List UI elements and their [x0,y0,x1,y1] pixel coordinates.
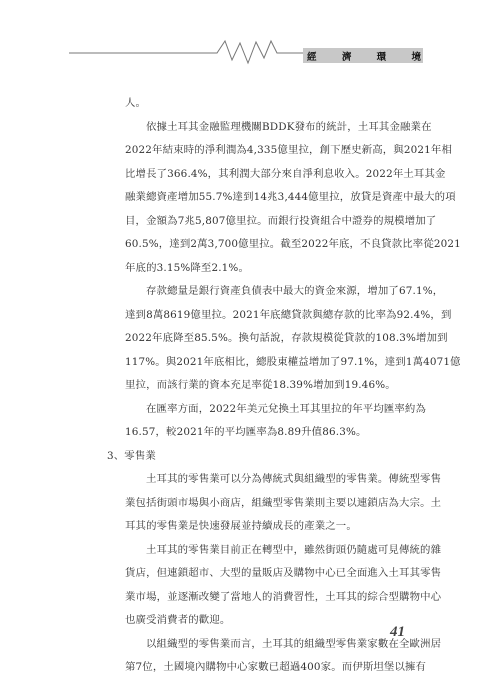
section-label-char: 經 [307,49,317,63]
text-line: 16.57，較2021年的平均匯率為8.89升值86.3%。 [125,421,413,445]
text-line: 人。 [125,92,413,116]
text-line: 60.5%，達到2萬3,700億里拉。截至2022年底，不良貸款比率從2021 [125,233,413,257]
text-line: 貨店，但連鎖超市、大型的量販店及購物中心已全面進入土耳其零售 [125,562,413,586]
body-text: 人。依據土耳其金融監理機關BDDK發布的統計，土耳其金融業在2022年結束時的淨… [125,92,413,679]
text-line: 第7位，土國境內購物中心家數已超過400家。而伊斯坦堡以擁有 [125,656,413,679]
text-line: 土耳其的零售業可以分為傳統式與組織型的零售業。傳統型零售 [125,468,413,492]
text-line: 2022年底降至85.5%。換句話說，存款規模從貸款的108.3%增加到 [125,327,413,351]
section-heading: 3、零售業 [107,445,413,469]
page-header: 經 濟 環 境 [0,0,480,70]
page-number: 41 [390,624,405,641]
text-line: 目，金額為7兆5,807億里拉。而銀行投資組合中證券的規模增加了 [125,210,413,234]
text-line: 耳其的零售業是快速發展並持續成長的產業之一。 [125,515,413,539]
text-line: 存款總量是銀行資產負債表中最大的資金來源，增加了67.1%， [125,280,413,304]
text-line: 以組織型的零售業而言，土耳其的組織型零售業家數在全歐洲居 [125,633,413,657]
text-line: 土耳其的零售業目前正在轉型中，雖然街頭仍隨處可見傳統的雜 [125,539,413,563]
text-line: 里拉，而該行業的資本充足率從18.39%增加到19.46%。 [125,374,413,398]
text-line: 在匯率方面，2022年美元兌換土耳其里拉的年平均匯率約為 [125,398,413,422]
section-label-char: 環 [377,49,387,63]
text-line: 達到8萬8619億里拉。2021年底總貸款與總存款的比率為92.4%，到 [125,304,413,328]
section-label-char: 境 [411,49,421,63]
text-line: 比增長了366.4%，其利潤大部分來自淨利息收入。2022年土耳其金 [125,163,413,187]
text-line: 年底的3.15%降至2.1%。 [125,257,413,281]
text-line: 依據土耳其金融監理機關BDDK發布的統計，土耳其金融業在 [125,116,413,140]
text-line: 2022年結束時的淨利潤為4,335億里拉，創下歷史新高，與2021年相 [125,139,413,163]
text-line: 業包括街頭市場與小商店，組織型零售業則主要以連鎖店為大宗。土 [125,492,413,516]
text-line: 融業總資產增加55.7%達到14兆3,444億里拉，放貸是資產中最大的項 [125,186,413,210]
section-label: 經 濟 環 境 [303,48,423,63]
section-label-char: 濟 [342,49,352,63]
text-line: 業市場，並逐漸改變了當地人的消費習性，土耳其的綜合型購物中心 [125,586,413,610]
text-line: 117%。與2021年底相比，總股東權益增加了97.1%，達到1萬4071億 [125,351,413,375]
text-line: 也廣受消費者的歡迎。 [125,609,413,633]
